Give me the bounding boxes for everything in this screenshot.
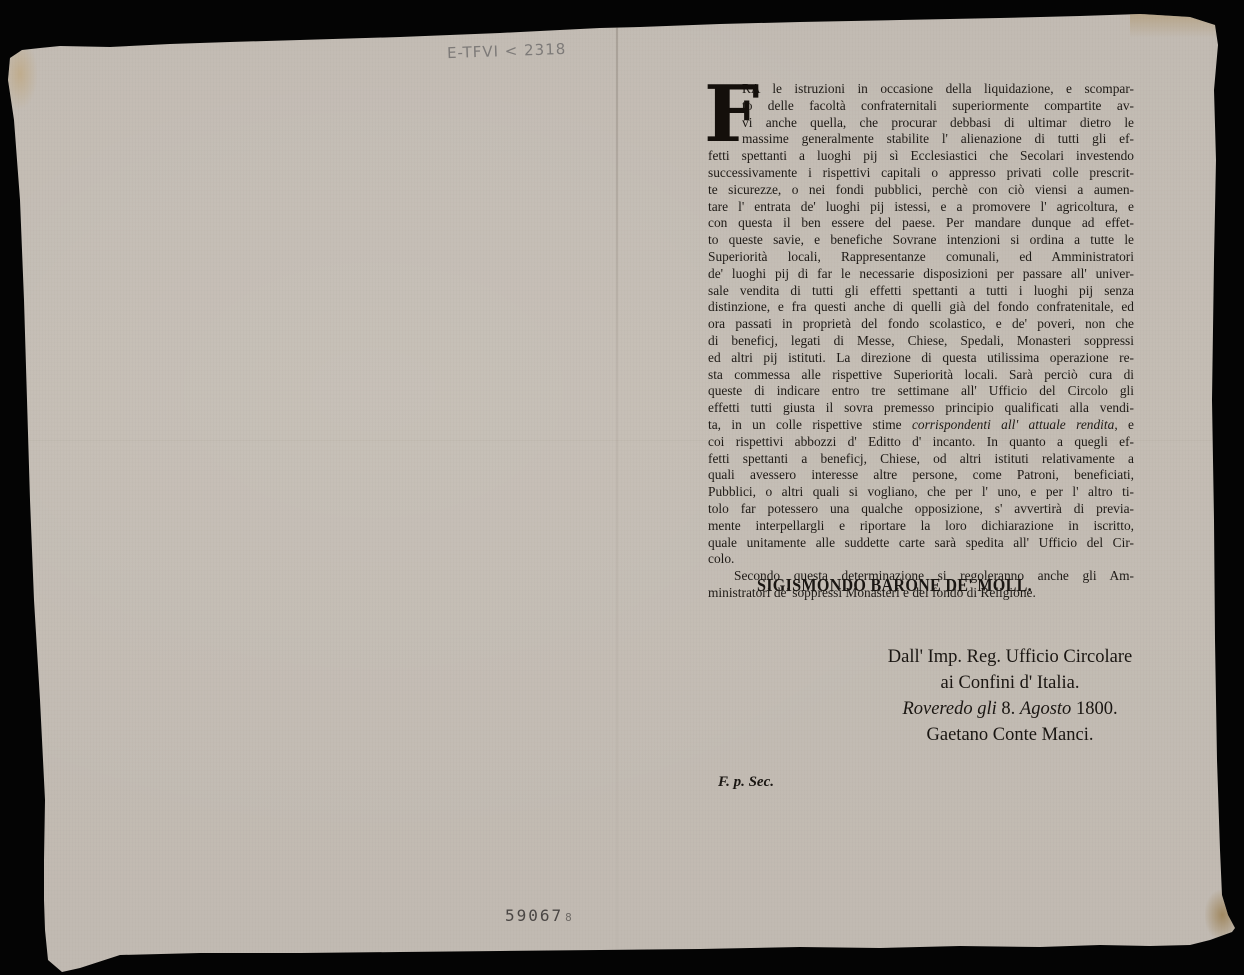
pencil-shelfmark: E-TFVI < 2318 <box>447 40 567 62</box>
issuing-office: Dall' Imp. Reg. Ufficio Circolare ai Con… <box>870 644 1150 748</box>
body-text: ta, in un colle rispettive stime <box>708 417 912 432</box>
catalog-stamp: 590678 <box>505 906 574 925</box>
year: 1800. <box>1076 699 1118 719</box>
edict-body: F RA le istruzioni in occasione della li… <box>708 81 1134 602</box>
vertical-fold-line <box>616 25 618 950</box>
foxing-stain <box>1130 10 1225 38</box>
body-line: sale vendita di tutti gli effetti spetta… <box>708 283 1134 300</box>
body-line: RA le istruzioni in occasione della liqu… <box>708 81 1134 98</box>
scan-background: E-TFVI < 2318 590678 F RA le istruzioni … <box>0 0 1244 975</box>
body-line: de' luoghi pij di far le necessarie disp… <box>708 266 1134 283</box>
body-text: , e <box>1114 417 1134 432</box>
foxing-stain <box>1205 890 1240 940</box>
body-line: colo. <box>708 551 1134 568</box>
official-name: Gaetano Conte Manci. <box>870 722 1150 748</box>
body-line: tolo far potessero una qualche opposizio… <box>708 501 1134 518</box>
office-line: Dall' Imp. Reg. Ufficio Circolare <box>870 644 1150 670</box>
body-line: Superiorità locali, Rappresentanze comun… <box>708 249 1134 266</box>
body-line: to queste savie, e benefiche Sovrane int… <box>708 232 1134 249</box>
body-line: quali avessero interesse altre persone, … <box>708 467 1134 484</box>
month: Agosto <box>1020 699 1071 719</box>
italic-phrase: corrispondenti all' attuale rendita <box>912 417 1114 432</box>
day: 8. <box>1001 699 1015 719</box>
drop-cap: F <box>704 83 759 147</box>
body-line: mente interpellargli e riportare la loro… <box>708 518 1134 535</box>
secretary-mark: F. p. Sec. <box>718 774 774 791</box>
office-line: ai Confini d' Italia. <box>870 670 1150 696</box>
body-line: di beneficj, legati di Messe, Chiese, Sp… <box>708 333 1134 350</box>
paper-sheet: E-TFVI < 2318 590678 F RA le istruzioni … <box>0 0 1244 975</box>
body-line: Pubblici, o altri quali si vogliano, che… <box>708 484 1134 501</box>
body-line: vi anche quella, che procurar debbasi di… <box>708 115 1134 132</box>
governor-signature: SIGISMONDO BARONE DE' MOLL. <box>757 575 1032 596</box>
body-line: ora passati in proprietà del fondo scola… <box>708 316 1134 333</box>
body-line: fetti spettanti a luoghi pij sì Ecclesia… <box>708 148 1134 165</box>
body-line: distinzione, e fra questi anche di quell… <box>708 299 1134 316</box>
body-line: con questa il ben essere del paese. Per … <box>708 215 1134 232</box>
foxing-stain <box>8 50 38 110</box>
body-line: to delle facoltà confraternitali superio… <box>708 98 1134 115</box>
body-line: ed altri pij istituti. La direzione di q… <box>708 350 1134 367</box>
body-line: te sicurezze, o nei fondi pubblici, perc… <box>708 182 1134 199</box>
body-line: coi rispettivi abbozzi d' Editto d' inca… <box>708 434 1134 451</box>
body-line: tare l' entrata de' luoghi pij istessi, … <box>708 199 1134 216</box>
body-line: queste di indicare entro tre settimane a… <box>708 383 1134 400</box>
catalog-suffix: 8 <box>565 911 574 924</box>
body-line: successivamente i rispettivi capitali o … <box>708 165 1134 182</box>
body-line-mixed: ta, in un colle rispettive stime corrisp… <box>708 417 1134 434</box>
place: Roveredo gli <box>902 699 996 719</box>
body-line: fetti spettanti a beneficj, Chiese, od a… <box>708 451 1134 468</box>
body-line: quale unitamente alle suddette carte sar… <box>708 535 1134 552</box>
body-line: massime generalmente stabilite l' aliena… <box>708 131 1134 148</box>
body-line: sta commessa alle rispettive Superiorità… <box>708 367 1134 384</box>
catalog-number: 59067 <box>505 906 563 925</box>
body-line: effetti tutti giusta il sovra premesso p… <box>708 400 1134 417</box>
place-date: Roveredo gli 8. Agosto 1800. <box>870 696 1150 722</box>
